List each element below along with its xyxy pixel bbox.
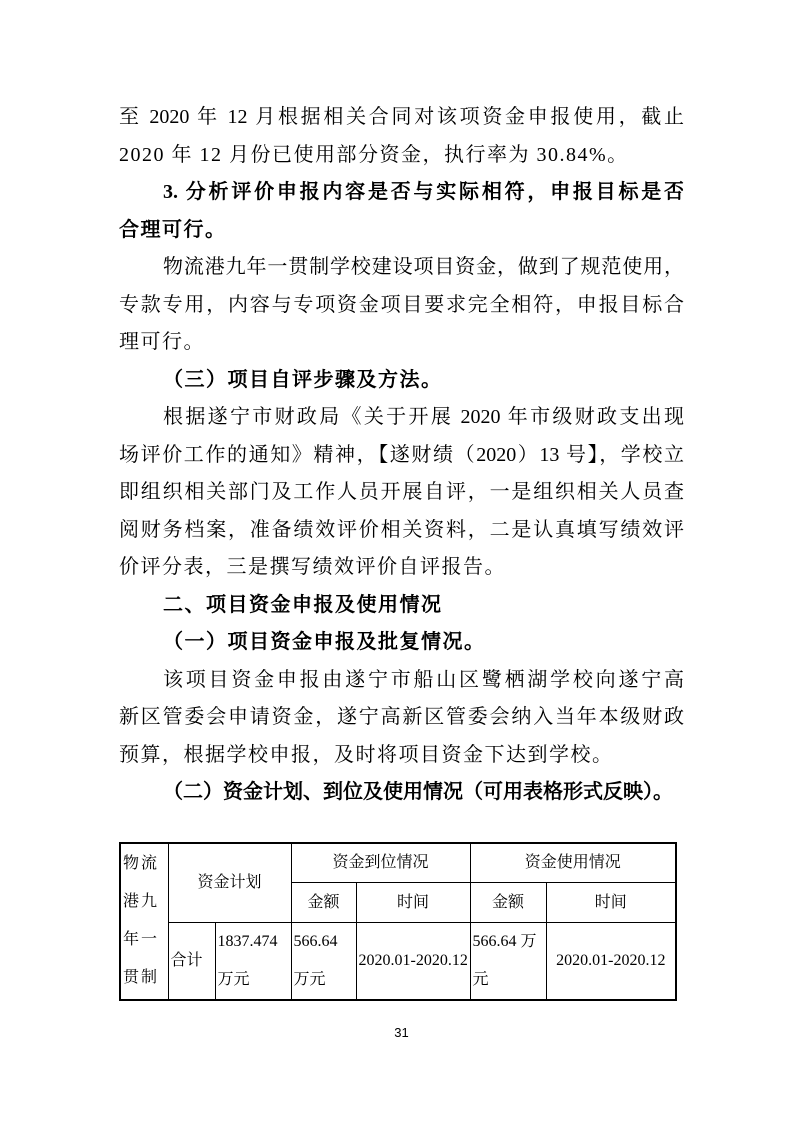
body-text: 至 2020 年 12 月根据相关合同对该项资金申报使用，截止 2020 年 1…: [119, 99, 684, 1040]
heading-analysis-line: 合理可行。: [119, 212, 684, 250]
usage-amount-header-cell: 金额: [470, 883, 546, 923]
heading-fund-declaration-usage: 二、项目资金申报及使用情况: [119, 587, 684, 625]
paragraph-line: 专款专用，内容与专项资金项目要求完全相符，申报目标合: [119, 287, 684, 325]
usage-header-cell: 资金使用情况: [470, 843, 676, 883]
heading-analysis-line: 3. 分析评价申报内容是否与实际相符，申报目标是否: [119, 174, 684, 212]
usage-time-header-cell: 时间: [546, 883, 676, 923]
heading-fund-declaration-approval: （一）项目资金申报及批复情况。: [119, 624, 684, 662]
paragraph-line: 价评分表，三是撰写绩效评价自评报告。: [119, 549, 684, 587]
plan-header-cell: 资金计划: [168, 843, 291, 923]
project-name-cell: 物流港九年一贯制: [120, 843, 168, 1001]
arrival-amount-cell: 566.64 万元: [291, 923, 356, 1001]
document-page: 至 2020 年 12 月根据相关合同对该项资金申报使用，截止 2020 年 1…: [0, 0, 793, 1122]
paragraph-line: 物流港九年一贯制学校建设项目资金，做到了规范使用，: [119, 249, 684, 287]
heading-self-evaluation-method: （三）项目自评步骤及方法。: [119, 362, 684, 400]
arrival-time-header-cell: 时间: [356, 883, 470, 923]
paragraph-line: 新区管委会申请资金，遂宁高新区管委会纳入当年本级财政: [119, 699, 684, 737]
paragraph-line: 理可行。: [119, 324, 684, 362]
arrival-time-cell: 2020.01-2020.12: [356, 923, 470, 1001]
arrival-header-cell: 资金到位情况: [291, 843, 470, 883]
fund-table: 物流港九年一贯制 资金计划 资金到位情况 资金使用情况 金额 时间 金额 时间 …: [119, 842, 677, 1002]
usage-time-cell: 2020.01-2020.12: [546, 923, 676, 1001]
page-number: 31: [119, 1025, 684, 1040]
paragraph-line: 该项目资金申报由遂宁市船山区鹭栖湖学校向遂宁高: [119, 662, 684, 700]
paragraph-line: 阅财务档案，准备绩效评价相关资料，二是认真填写绩效评: [119, 512, 684, 550]
paragraph-line: 2020 年 12 月份已使用部分资金，执行率为 30.84%。: [119, 137, 684, 175]
usage-amount-cell: 566.64 万元: [470, 923, 546, 1001]
paragraph-line: 即组织相关部门及工作人员开展自评，一是组织相关人员查: [119, 474, 684, 512]
paragraph-line: 场评价工作的通知》精神，【遂财绩（2020）13 号】，学校立: [119, 437, 684, 475]
plan-amount-cell: 1837.474 万元: [215, 923, 291, 1001]
total-label-cell: 合计: [168, 923, 215, 1001]
paragraph-line: 至 2020 年 12 月根据相关合同对该项资金申报使用，截止: [119, 99, 684, 137]
arrival-amount-header-cell: 金额: [291, 883, 356, 923]
paragraph-line: 根据遂宁市财政局《关于开展 2020 年市级财政支出现: [119, 399, 684, 437]
paragraph-line: 预算，根据学校申报，及时将项目资金下达到学校。: [119, 737, 684, 775]
heading-fund-plan-usage-table: （二）资金计划、到位及使用情况（可用表格形式反映）。: [119, 774, 684, 812]
